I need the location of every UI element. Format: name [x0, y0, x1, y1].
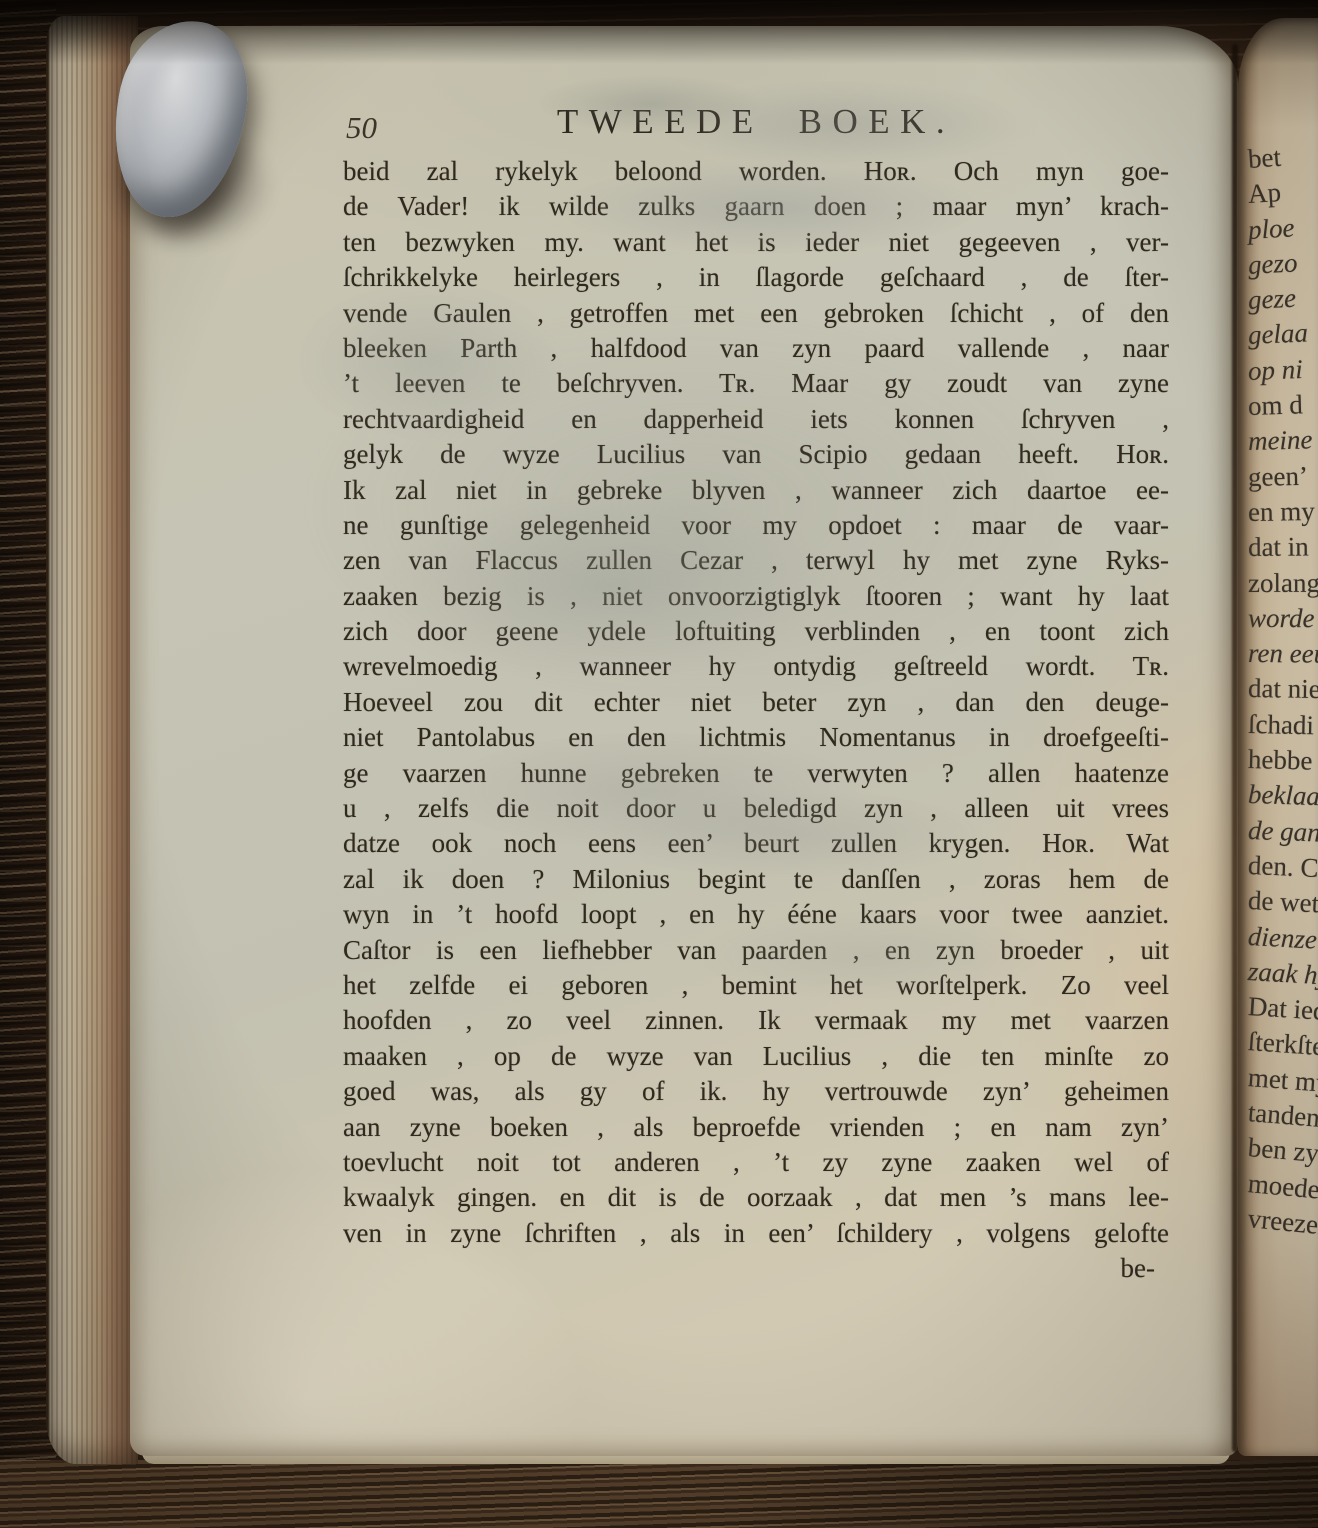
right-page-line-fragment: ſchadi — [1248, 707, 1318, 747]
right-page-line-fragment: en my — [1248, 492, 1318, 530]
body-line: wrevelmoedig , wanneer hy ontydig geſtre… — [343, 649, 1169, 684]
body-line: Ik zal niet in gebreke blyven , wanneer … — [343, 473, 1169, 508]
body-line: vende Gaulen , getroffen met een gebroke… — [343, 296, 1169, 331]
body-text: beid zal rykelyk beloond worden. Hᴏʀ. Oc… — [343, 154, 1169, 1287]
body-line: ge vaarzen hunne gebreken te verwyten ? … — [343, 756, 1169, 791]
right-page-line-fragment: om d — [1247, 382, 1318, 424]
right-page-line-fragment: bet — [1247, 127, 1318, 178]
body-line: ne gunſtige gelegenheid voor my opdoet :… — [343, 508, 1169, 543]
catchword: be- — [343, 1251, 1169, 1286]
running-header: TWEEDE BOEK. — [343, 102, 1169, 142]
body-line: de Vader! ik wilde zulks gaarn doen ; ma… — [343, 189, 1169, 224]
body-line: zen van Flaccus zullen Cezar , terwyl hy… — [343, 543, 1169, 578]
body-line: datze ook noch eens een’ beurt zullen kr… — [343, 826, 1169, 861]
body-line: Hoeveel zou dit echter niet beter zyn , … — [343, 685, 1169, 720]
body-line: toevlucht noit tot anderen , ’t zy zyne … — [343, 1145, 1169, 1180]
right-page-line-fragment: dat in — [1248, 528, 1318, 565]
right-page-line-fragment: meine — [1248, 419, 1318, 460]
right-page-line-fragment: geen’ — [1248, 455, 1318, 495]
body-line: rechtvaardigheid en dapperheid iets konn… — [343, 402, 1169, 437]
body-line: ten bezwyken my. want het is ieder niet … — [343, 225, 1169, 260]
right-page-line-fragment: zolang — [1248, 565, 1318, 601]
wooden-table-bottom-plank — [0, 1460, 1318, 1528]
body-line: zal ik doen ? Milonius begint te danſſen… — [343, 862, 1169, 897]
right-page-line-fragment: ren eeu — [1248, 636, 1318, 673]
body-line: beid zal rykelyk beloond worden. Hᴏʀ. Oc… — [343, 154, 1169, 189]
body-line: het zelfde ei geboren , bemint het worſt… — [343, 968, 1169, 1003]
right-page-text-column: betApploegezogezegelaaop niom dmeinegeen… — [1248, 142, 1318, 1236]
book-photo-scene: 50 TWEEDE BOEK. beid zal rykelyk beloond… — [0, 0, 1318, 1528]
left-page: 50 TWEEDE BOEK. beid zal rykelyk beloond… — [130, 26, 1238, 1456]
body-line: Caſtor is een liefhebber van paarden , e… — [343, 933, 1169, 968]
body-line: gelyk de wyze Lucilius van Scipio gedaan… — [343, 437, 1169, 472]
right-page-line-fragment: dat nie — [1248, 671, 1318, 709]
body-line: bleeken Parth , halfdood van zyn paard v… — [343, 331, 1169, 366]
body-line: ven in zyne ſchriften , als in een’ ſchi… — [343, 1216, 1169, 1251]
right-page-line-fragment: worde — [1248, 601, 1318, 637]
body-line: niet Pantolabus en den lichtmis Nomentan… — [343, 720, 1169, 755]
body-line: zich door geene ydele loftuiting verblin… — [343, 614, 1169, 649]
body-line: u , zelfs die noit door u beledigd zyn ,… — [343, 791, 1169, 826]
body-line: ’t leeven te beſchryven. Tʀ. Maar gy zou… — [343, 366, 1169, 401]
body-line: goed was, als gy of ik. hy vertrouwde zy… — [343, 1074, 1169, 1109]
body-line: ſchrikkelyke heirlegers , in ſlagorde ge… — [343, 260, 1169, 295]
body-line: hoofden , zo veel zinnen. Ik vermaak my … — [343, 1003, 1169, 1038]
right-page-sliver: betApploegezogezegelaaop niom dmeinegeen… — [1238, 18, 1318, 1456]
body-line: aan zyne boeken , als beproefde vrienden… — [343, 1110, 1169, 1145]
body-line: maaken , op de wyze van Lucilius , die t… — [343, 1039, 1169, 1074]
body-line: kwaalyk gingen. en dit is de oorzaak , d… — [343, 1180, 1169, 1215]
body-line: zaaken bezig is , niet onvoorzigtiglyk ſ… — [343, 579, 1169, 614]
right-page-line-fragment: vreezen — [1246, 1201, 1318, 1258]
body-line: wyn in ’t hoofd loopt , en hy ééne kaars… — [343, 897, 1169, 932]
